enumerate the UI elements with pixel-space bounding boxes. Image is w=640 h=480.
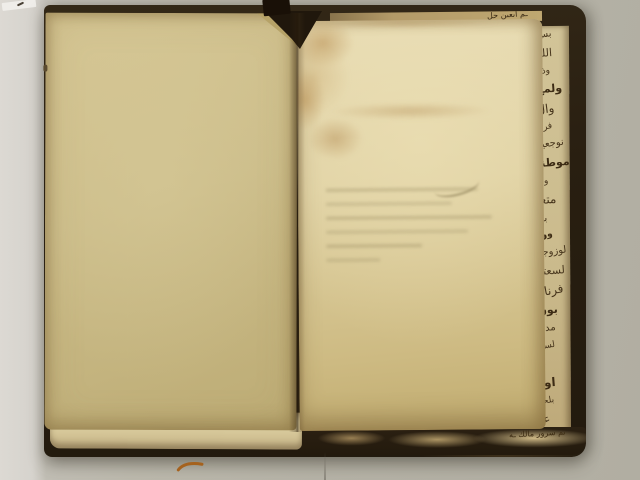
page-edge-speck: [43, 65, 47, 72]
show-through-line: [326, 215, 492, 219]
stained-bottom-margin: ىم سرور مالك ـه: [300, 427, 586, 455]
gutter-shadow: [289, 13, 305, 432]
show-through-line: [326, 258, 380, 261]
thread-mark: [176, 457, 207, 473]
show-through-line: [326, 230, 468, 234]
water-stain-top-edge: [296, 19, 536, 30]
right-blank-page: [296, 19, 546, 431]
show-through-line: [326, 202, 452, 206]
water-stain-band: [303, 97, 518, 125]
show-through-line: [326, 244, 422, 248]
backdrop-left-strip: [0, 0, 46, 480]
show-through-text-block: [326, 187, 525, 307]
photo-stage: بساللهوذكولمغوالفربنوجعيهموطنهوانمتعابلو…: [0, 0, 640, 480]
left-blank-page: [44, 13, 297, 431]
water-stain-blob: [296, 19, 404, 170]
backdrop-crease: [324, 452, 326, 480]
thread-mark-icon: [176, 458, 207, 474]
headband-tab: [262, 0, 291, 16]
bottom-margin-scribble: ىم سرور مالك ـه: [509, 428, 566, 440]
